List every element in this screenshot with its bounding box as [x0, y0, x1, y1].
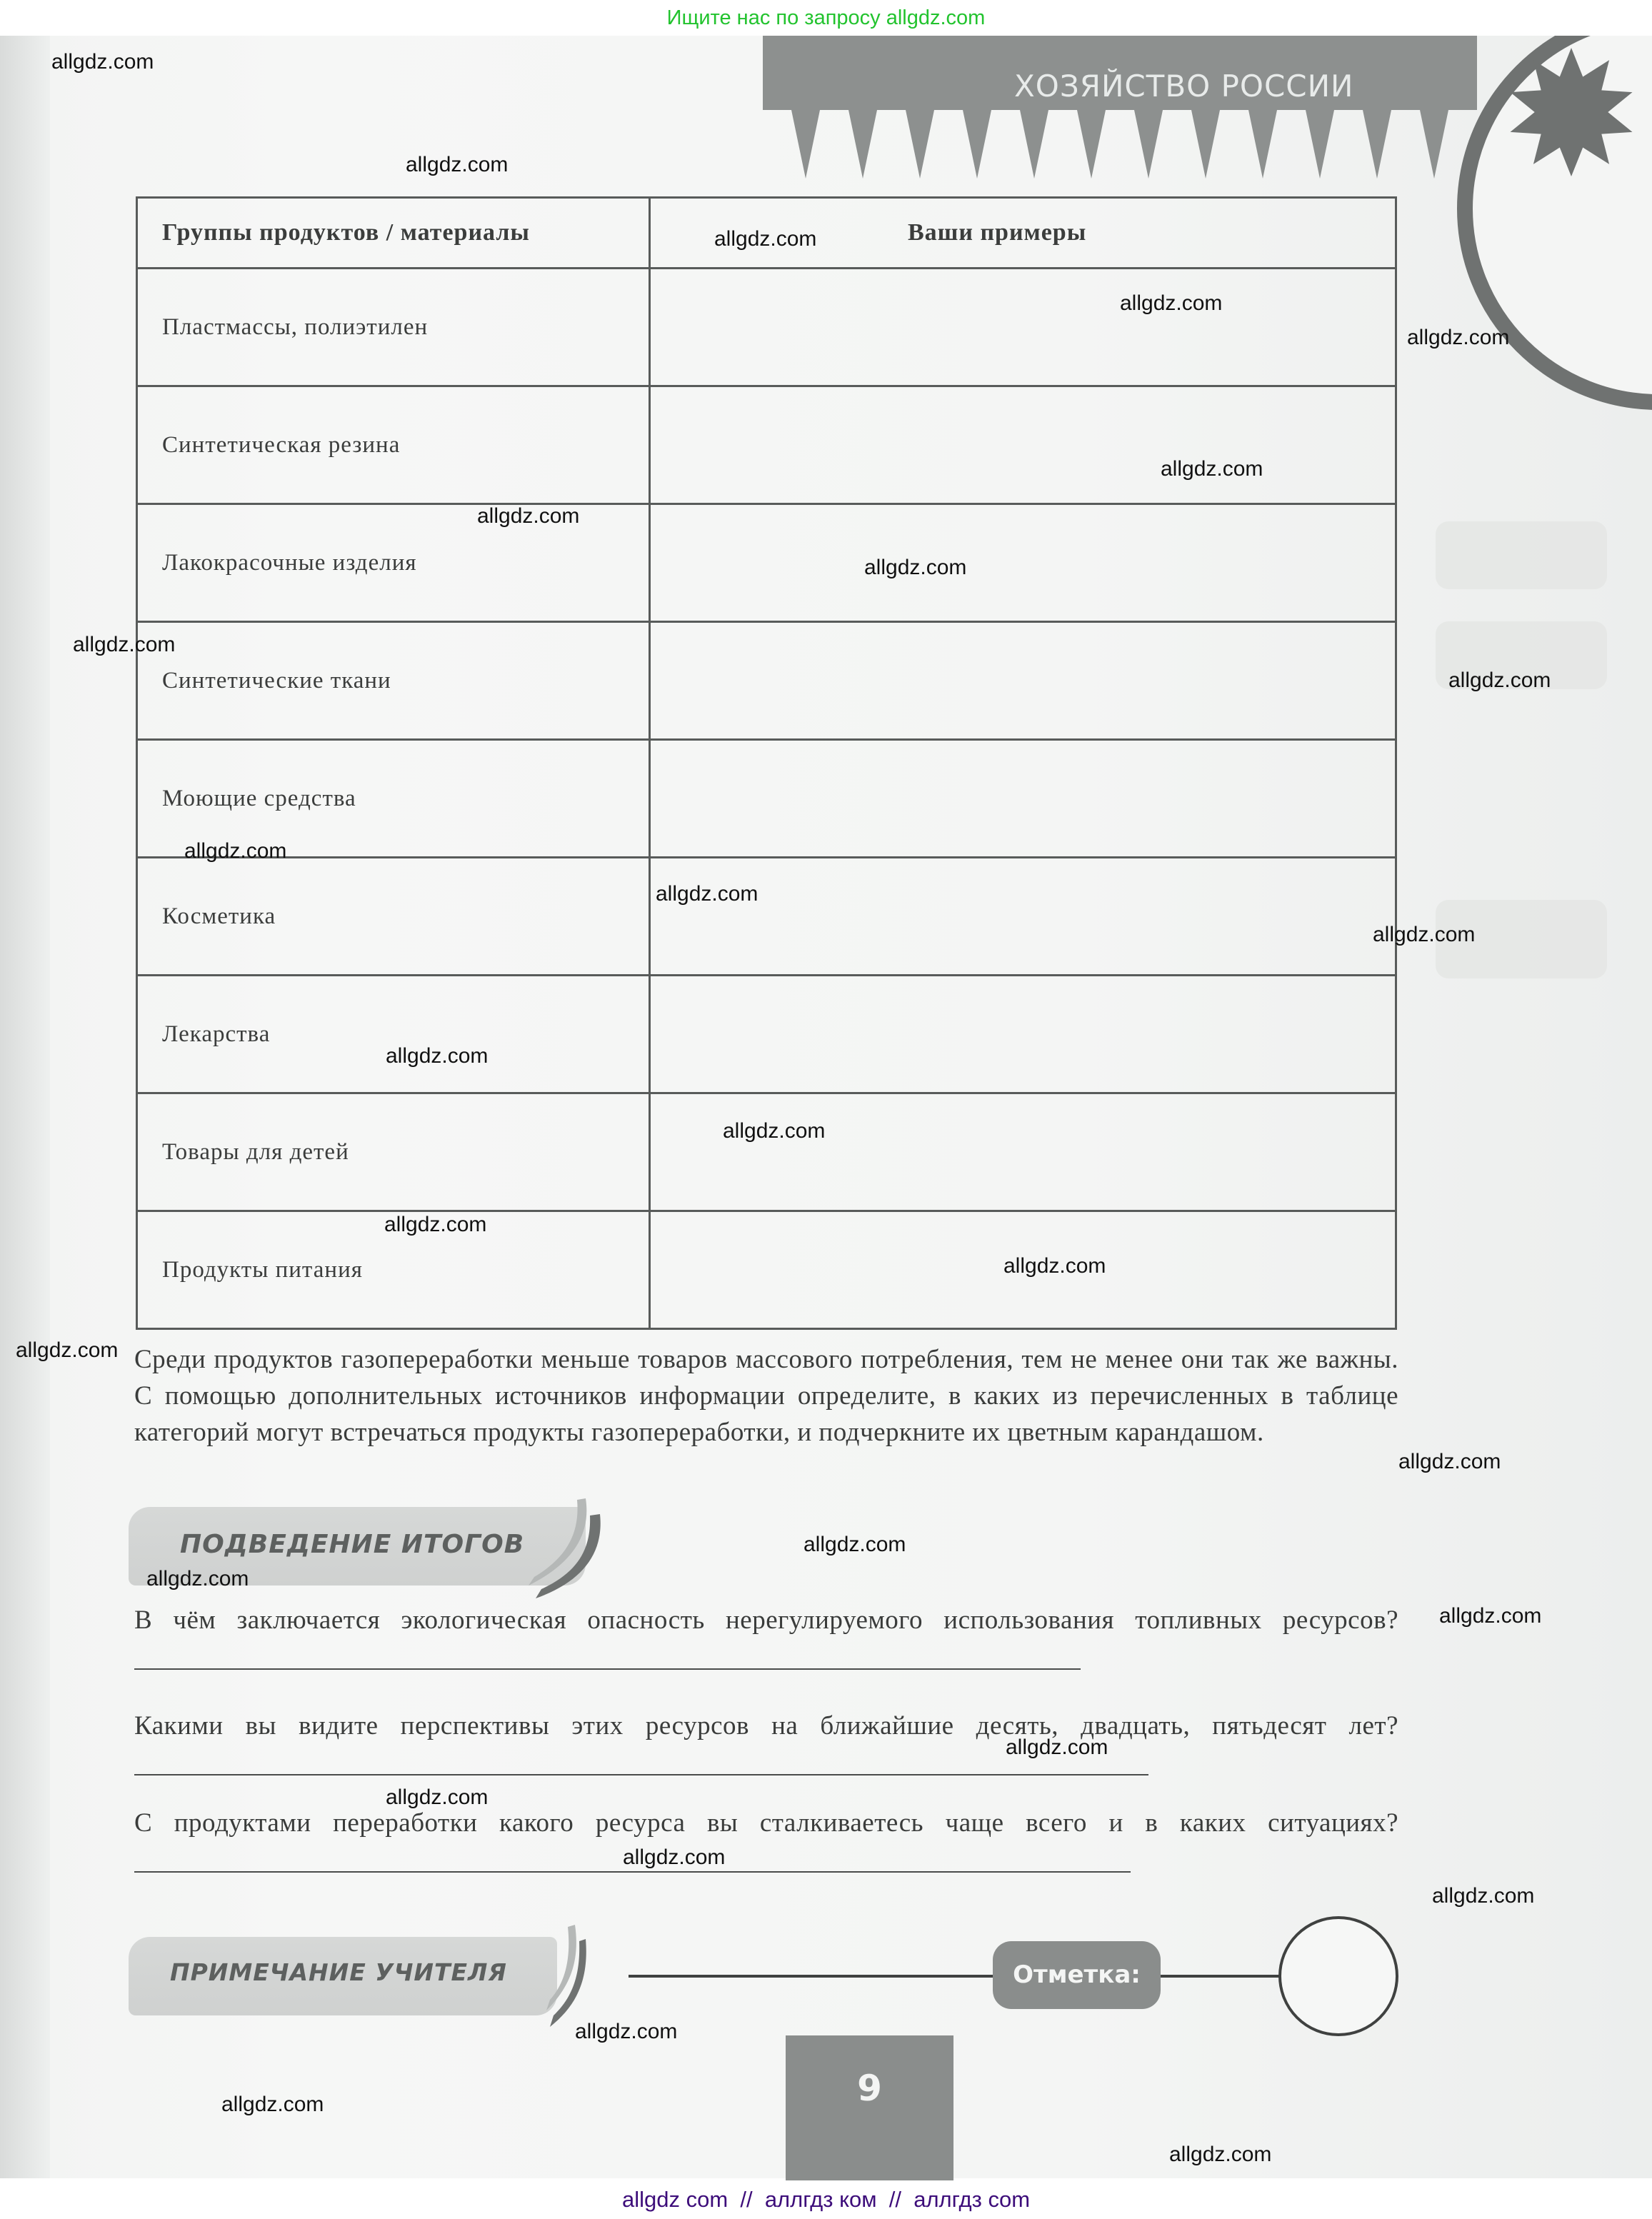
watermark: allgdz.com — [1439, 1604, 1541, 1628]
watermark: allgdz.com — [386, 1044, 488, 1068]
examples-cell[interactable] — [650, 504, 1396, 622]
question-3: С продуктами переработки какого ресурса … — [134, 1803, 1398, 1885]
question-1: В чём заключается экологическая опасност… — [134, 1600, 1398, 1683]
watermark: allgdz.com — [1169, 2143, 1271, 2167]
page-number: 9 — [786, 2068, 953, 2109]
answer-line[interactable] — [134, 1871, 1131, 1873]
teacher-note-title: ПРИМЕЧАНИЕ УЧИТЕЛЯ — [170, 1958, 507, 1986]
table-row: Продукты питания — [137, 1211, 1396, 1329]
watermark: allgdz.com — [184, 839, 286, 863]
watermark: allgdz.com — [16, 1338, 118, 1363]
page-spine-shadow — [0, 36, 50, 2178]
products-table: Группы продуктов / материалы Ваши пример… — [136, 196, 1397, 1330]
watermark: allgdz.com — [1398, 1450, 1501, 1474]
watermark: allgdz.com — [864, 556, 966, 580]
watermark: allgdz.com — [1448, 668, 1551, 693]
examples-cell[interactable] — [650, 740, 1396, 858]
bottom-promo-text: allgdz com // аллгдз ком // аллгдз com — [622, 2187, 1030, 2212]
group-cell: Косметика — [137, 858, 650, 976]
question-text: С продуктами переработки какого ресурса … — [134, 1808, 1398, 1838]
watermark: allgdz.com — [575, 2020, 677, 2044]
watermark: allgdz.com — [386, 1785, 488, 1810]
watermark: allgdz.com — [714, 227, 816, 251]
banner-swoosh-icon — [514, 1493, 614, 1600]
examples-cell[interactable] — [650, 976, 1396, 1093]
watermark: allgdz.com — [51, 50, 154, 74]
table-row: Лакокрасочные изделия — [137, 504, 1396, 622]
table-row: Пластмассы, полиэтилен — [137, 269, 1396, 386]
bottom-promo-banner: allgdz com // аллгдз ком // аллгдз com — [0, 2180, 1652, 2219]
watermark: allgdz.com — [73, 633, 175, 657]
watermark: allgdz.com — [723, 1119, 825, 1143]
mark-label: Отметка: — [993, 1941, 1161, 2009]
watermark: allgdz.com — [146, 1567, 249, 1591]
table-row: Моющие средства — [137, 740, 1396, 858]
group-cell: Товары для детей — [137, 1093, 650, 1211]
watermark: allgdz.com — [1120, 291, 1222, 316]
mark-field[interactable] — [1278, 1916, 1398, 2036]
bleed-through-tab — [1436, 521, 1607, 589]
group-cell: Синтетическая резина — [137, 386, 650, 504]
watermark: allgdz.com — [477, 504, 579, 529]
answer-line[interactable] — [134, 1774, 1148, 1775]
page-number-box: 9 — [786, 2035, 953, 2182]
group-cell: Синтетические ткани — [137, 622, 650, 740]
top-promo-text: Ищите нас по запросу allgdz.com — [667, 6, 986, 29]
question-text: В чём заключается экологическая опасност… — [134, 1606, 1398, 1635]
examples-cell[interactable] — [650, 1093, 1396, 1211]
table-row: Лекарства — [137, 976, 1396, 1093]
column-header-groups: Группы продуктов / материалы — [137, 198, 650, 269]
group-cell: Лекарства — [137, 976, 650, 1093]
watermark: allgdz.com — [1006, 1735, 1108, 1760]
table-row: Синтетическая резина — [137, 386, 1396, 504]
chapter-title: ХОЗЯЙСТВО РОССИИ — [1014, 69, 1414, 104]
watermark: allgdz.com — [1407, 326, 1509, 350]
examples-cell[interactable] — [650, 858, 1396, 976]
watermark: allgdz.com — [1003, 1254, 1106, 1278]
question-text: Какими вы видите перспективы этих ресурс… — [134, 1711, 1398, 1740]
watermark: allgdz.com — [1161, 457, 1263, 481]
watermark: allgdz.com — [1432, 1884, 1534, 1908]
examples-cell[interactable] — [650, 386, 1396, 504]
summary-title: ПОДВЕДЕНИЕ ИТОГОВ — [180, 1530, 524, 1559]
table-row: Косметика — [137, 858, 1396, 976]
examples-cell[interactable] — [650, 269, 1396, 386]
watermark: allgdz.com — [384, 1213, 486, 1237]
top-promo-banner: Ищите нас по запросу allgdz.com — [0, 0, 1652, 36]
ten-point-star-icon — [1507, 44, 1636, 180]
watermark: allgdz.com — [804, 1533, 906, 1557]
watermark: allgdz.com — [623, 1845, 725, 1870]
watermark: allgdz.com — [1373, 923, 1475, 947]
answer-line[interactable] — [134, 1668, 1081, 1670]
teacher-note-line — [629, 1975, 1343, 1978]
watermark: allgdz.com — [656, 882, 758, 906]
table-row: Товары для детей — [137, 1093, 1396, 1211]
watermark: allgdz.com — [221, 2093, 324, 2117]
question-2: Какими вы видите перспективы этих ресурс… — [134, 1705, 1398, 1788]
watermark: allgdz.com — [406, 153, 508, 177]
group-cell: Пластмассы, полиэтилен — [137, 269, 650, 386]
instruction-paragraph: Среди продуктов газопереработки меньше т… — [134, 1341, 1398, 1451]
banner-swoosh-icon — [532, 1921, 625, 2028]
table-row: Синтетические ткани — [137, 622, 1396, 740]
examples-cell[interactable] — [650, 622, 1396, 740]
